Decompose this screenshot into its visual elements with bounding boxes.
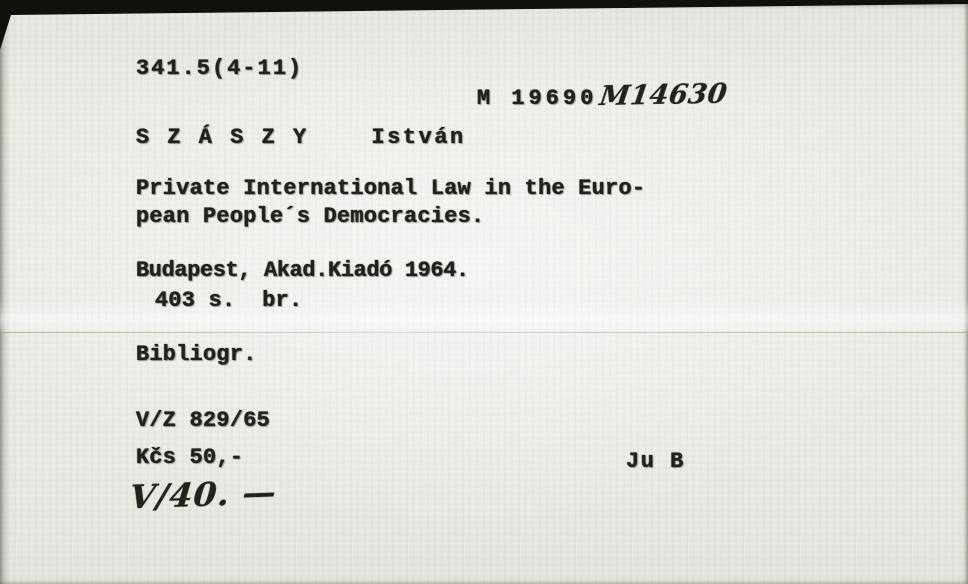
- title-line-2: pean People´s Democracies.: [136, 205, 484, 229]
- accession-number-typed: M 19690: [477, 87, 597, 111]
- catalog-card: 341.5(4-11) M 19690 M14630 S Z Á S Z Y I…: [0, 0, 968, 584]
- collation-line: 403 s. br.: [155, 289, 302, 313]
- card-crease-line: [0, 332, 968, 333]
- accession-number-handwritten: M14630: [598, 79, 729, 113]
- shelfmark-handwritten: V/40. —: [128, 472, 279, 516]
- card-crease-band: [0, 300, 968, 332]
- imprint-line: Budapest, Akad.Kiadó 1964.: [136, 259, 469, 283]
- author-heading: S Z Á S Z Y István: [136, 126, 466, 150]
- bibliography-note: Bibliogr.: [136, 343, 257, 367]
- price-line: Kčs 50,-: [136, 446, 243, 470]
- title-line-1: Private International Law in the Euro-: [136, 177, 645, 201]
- call-number: 341.5(4-11): [136, 57, 303, 81]
- inventory-number: V/Z 829/65: [136, 409, 270, 433]
- scanned-catalog-card-page: 341.5(4-11) M 19690 M14630 S Z Á S Z Y I…: [0, 0, 968, 584]
- cataloger-initials: Ju B: [626, 450, 685, 474]
